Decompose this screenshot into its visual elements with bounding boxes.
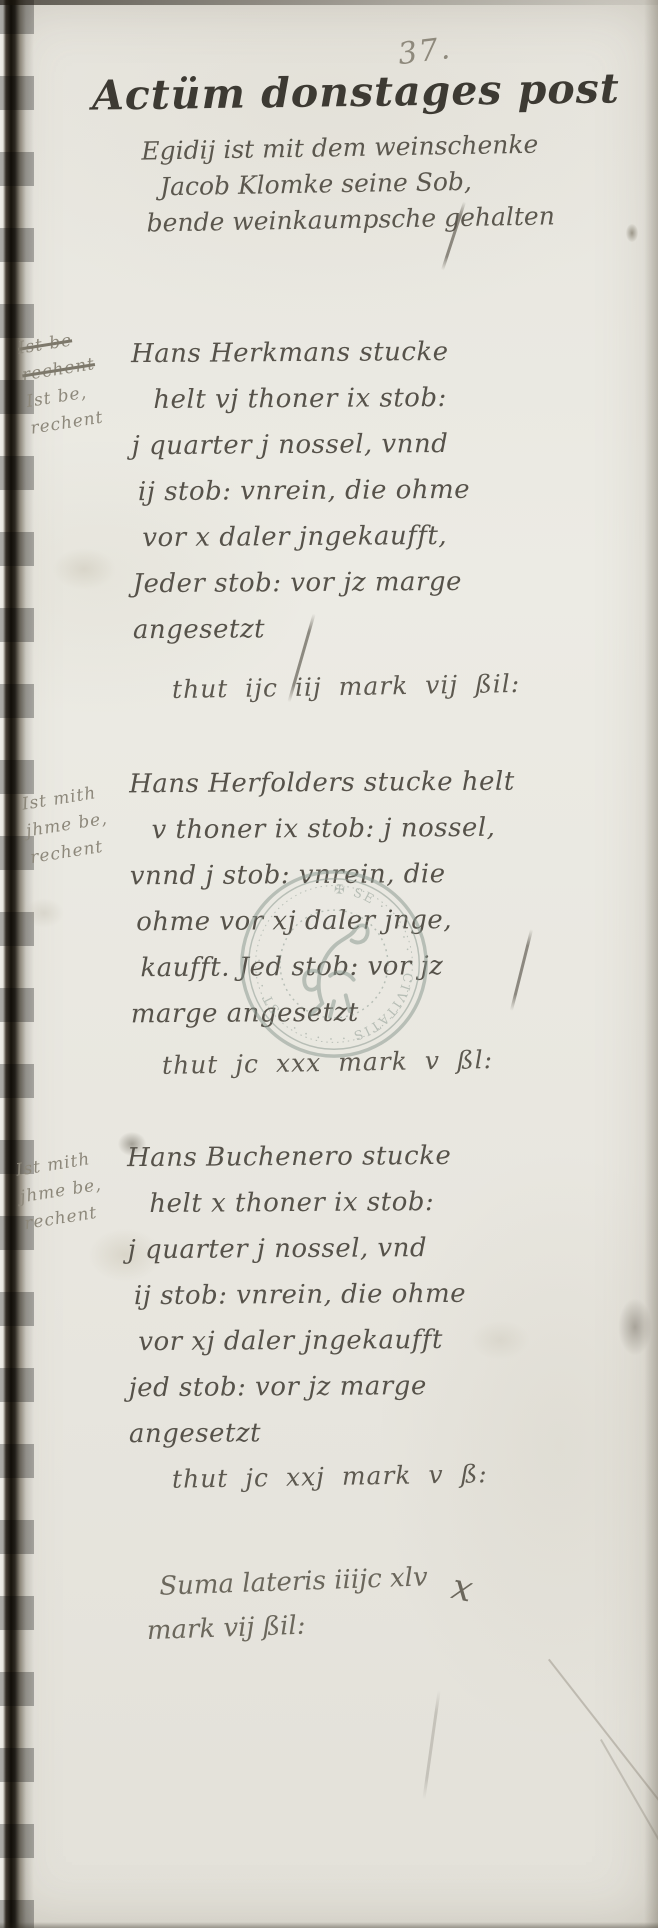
archive-seal-stamp: ✠ SE · · · · · · CIVITATIS · · · · · · S… <box>236 864 432 1064</box>
entry-line: j quarter j nossel, vnd <box>128 1225 466 1273</box>
entry-line: Hans Herkmans stucke <box>131 329 469 377</box>
intro-line: bende weinkaumpsche gehalten <box>146 198 555 241</box>
entry-3-body: Hans Buchenero stucke helt x thoner ix s… <box>127 1133 467 1457</box>
paper-stain <box>24 898 64 928</box>
page-bottom-edge <box>0 1922 658 1928</box>
book-binding-edge <box>0 0 34 1928</box>
manuscript-page: 37. Actüm donstages post Egidij ist mit … <box>0 0 658 1928</box>
entry-line: helt x thoner ix stob: <box>149 1179 465 1227</box>
entry-line: ij stob: vnrein, die ohme <box>134 1271 466 1319</box>
summa-line: Suma lateris iiijc xlv <box>159 1555 429 1608</box>
entry-line: Jeder stob: vor jz marge <box>132 559 470 607</box>
paper-crease <box>422 1690 440 1799</box>
entry-line: Hans Herfolders stucke helt <box>129 759 515 808</box>
paper-stain <box>52 548 116 590</box>
summa-lateris: Suma lateris iiijc xlv mark vij ßil: <box>159 1555 430 1652</box>
margin-note-entry-3: Ist mith jhme be, rechent <box>14 1145 108 1238</box>
paper-stain <box>470 1320 530 1360</box>
entry-line: vor xj daler jngekaufft <box>138 1317 466 1365</box>
entry-line: Hans Buchenero stucke <box>127 1133 465 1181</box>
entry-line: vor x daler jngekaufft, <box>142 513 470 561</box>
entry-line: v thoner ix stob: j nossel, <box>151 805 515 854</box>
entry-line: angesetzt <box>129 1409 467 1457</box>
summa-flourish-mark: x <box>448 1566 476 1610</box>
intro-line: Egidij ist mit dem weinschenke <box>141 126 554 169</box>
entry-line: helt vj thoner ix stob: <box>153 375 469 423</box>
edge-blot <box>618 1298 652 1356</box>
edge-ink-mark <box>626 224 638 242</box>
entry-line: angesetzt <box>133 605 471 653</box>
seal-ring-text: ✠ SE · · · · · · CIVITATIS · · · · · · S… <box>252 882 415 1045</box>
margin-note-entry-2: Ist mith jhme be, rechent <box>20 779 114 872</box>
page-top-edge <box>0 0 658 5</box>
page-title: Actüm donstages post <box>92 64 620 119</box>
entry-3-sum: thut jc xxj mark v ß: <box>172 1459 488 1494</box>
entry-line: ij stob: vnrein, die ohme <box>138 467 470 515</box>
summa-line: mark vij ßil: <box>146 1599 430 1653</box>
margin-note-entry-1: Ist be rechent Ist be, rechent <box>16 325 105 443</box>
paper-crease <box>548 1659 658 1865</box>
entry-line: jed stob: vor jz marge <box>128 1363 466 1411</box>
page-right-edge <box>644 0 658 1928</box>
entry-1-body: Hans Herkmans stucke helt vj thoner ix s… <box>131 329 471 653</box>
entry-1-sum: thut ijc iij mark vij ßil: <box>172 669 521 704</box>
seal-lion-emblem <box>304 925 367 1017</box>
intro-paragraph: Egidij ist mit dem weinschenke Jacob Klo… <box>141 126 555 241</box>
entry-line: j quarter j nossel, vnnd <box>132 421 470 469</box>
